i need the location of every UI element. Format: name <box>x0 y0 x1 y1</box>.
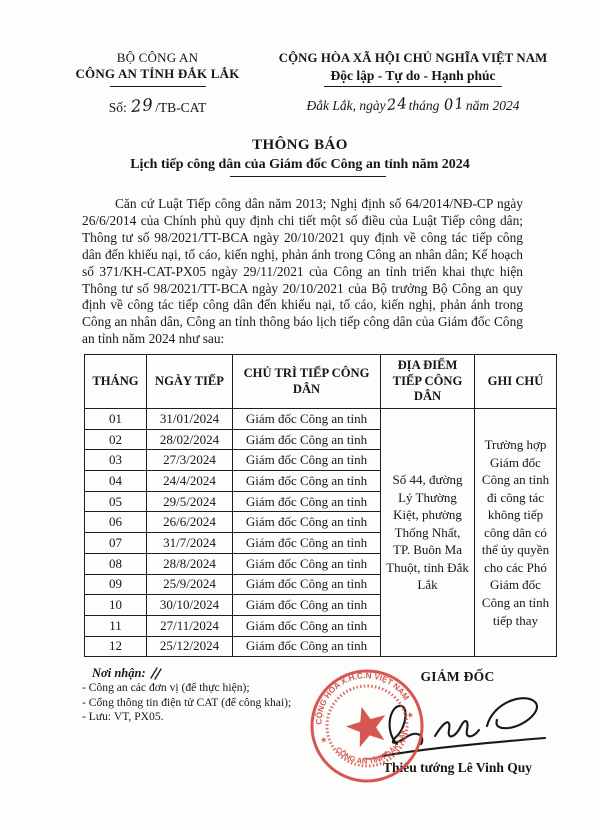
doc-number-label: Số: <box>109 100 127 115</box>
recipient-item: - Cổng thông tin điện tử CAT (để công kh… <box>82 696 291 711</box>
reception-schedule-table: THÁNG NGÀY TIẾP CHỦ TRÌ TIẾP CÔNG DÂN ĐỊ… <box>84 354 557 657</box>
table-cell: 27/3/2024 <box>147 450 233 471</box>
stamp-center-star <box>342 701 392 749</box>
pen-mark-icon <box>148 667 164 681</box>
table-cell: 03 <box>85 450 147 471</box>
table-cell: 24/4/2024 <box>147 471 233 492</box>
table-cell: Giám đốc Công an tỉnh <box>233 429 381 450</box>
recipients-block: Nơi nhận: - Công an các đơn vị (để thực … <box>82 666 291 725</box>
table-cell: 10 <box>85 595 147 616</box>
table-cell: 31/7/2024 <box>147 533 233 554</box>
date-prefix: Đắk Lắk, ngày <box>306 98 385 113</box>
note-cell: Trường hợp Giám đốc Công an tỉnh đi công… <box>475 409 557 657</box>
table-cell: 28/02/2024 <box>147 429 233 450</box>
table-cell: Giám đốc Công an tỉnh <box>233 491 381 512</box>
table-cell: 31/01/2024 <box>147 409 233 430</box>
table-cell: Giám đốc Công an tỉnh <box>233 574 381 595</box>
table-cell: 11 <box>85 615 147 636</box>
doc-number-suffix: /TB-CAT <box>155 100 206 115</box>
table-cell: 05 <box>85 491 147 512</box>
table-header-row: THÁNG NGÀY TIẾP CHỦ TRÌ TIẾP CÔNG DÂN ĐỊ… <box>85 355 557 409</box>
document-subject-title: Lịch tiếp công dân của Giám đốc Công an … <box>0 157 600 173</box>
date-day-handwritten: 24 <box>385 94 410 116</box>
reception-schedule-table-wrap: THÁNG NGÀY TIẾP CHỦ TRÌ TIẾP CÔNG DÂN ĐỊ… <box>84 354 557 657</box>
doc-number-handwritten: 29 <box>129 94 156 117</box>
table-cell: 25/9/2024 <box>147 574 233 595</box>
place-date-line: Đắk Lắk, ngày24tháng 01năm 2024 <box>268 96 558 116</box>
col-header-location: ĐỊA ĐIỂM TIẾP CÔNG DÂN <box>381 355 475 409</box>
document-type-title: THÔNG BÁO <box>0 137 600 154</box>
col-header-month: THÁNG <box>85 355 147 409</box>
table-cell: Giám đốc Công an tỉnh <box>233 512 381 533</box>
col-header-chair: CHỦ TRÌ TIẾP CÔNG DÂN <box>233 355 381 409</box>
legal-basis-paragraph: Căn cứ Luật Tiếp công dân năm 2013; Nghị… <box>82 196 523 348</box>
table-cell: Giám đốc Công an tỉnh <box>233 409 381 430</box>
table-cell: Giám đốc Công an tỉnh <box>233 595 381 616</box>
table-cell: 07 <box>85 533 147 554</box>
date-mid: tháng <box>409 98 440 113</box>
date-month-handwritten: 01 <box>442 94 467 116</box>
table-cell: 26/6/2024 <box>147 512 233 533</box>
date-suffix: năm 2024 <box>466 98 520 113</box>
table-cell: 12 <box>85 636 147 657</box>
document-number: Số: 29/TB-CAT <box>55 97 260 118</box>
schedule-table-body: 0131/01/2024Giám đốc Công an tỉnhSố 44, … <box>85 409 557 657</box>
table-cell: 06 <box>85 512 147 533</box>
title-underline <box>230 176 386 177</box>
republic-title: CỘNG HÒA XÃ HỘI CHỦ NGHĨA VIỆT NAM <box>268 50 558 67</box>
document-title-block: THÔNG BÁO Lịch tiếp công dân của Giám đố… <box>0 137 600 177</box>
table-cell: 30/10/2024 <box>147 595 233 616</box>
stamp-star-right: ★ <box>406 710 415 721</box>
table-cell: 09 <box>85 574 147 595</box>
table-cell: 28/8/2024 <box>147 553 233 574</box>
col-header-date: NGÀY TIẾP <box>147 355 233 409</box>
col-header-note: GHI CHÚ <box>475 355 557 409</box>
motto: Độc lập - Tự do - Hạnh phúc <box>268 67 558 85</box>
table-cell: 29/5/2024 <box>147 491 233 512</box>
motto-underline <box>324 86 502 87</box>
national-motto-block: CỘNG HÒA XÃ HỘI CHỦ NGHĨA VIỆT NAM Độc l… <box>268 50 558 116</box>
table-cell: Giám đốc Công an tỉnh <box>233 471 381 492</box>
stamp-top-text: CỘNG HÒA X.H.C.N VIỆT NAM <box>307 664 412 727</box>
agency-underline <box>110 86 206 87</box>
table-cell: 01 <box>85 409 147 430</box>
recipient-item: - Lưu: VT, PX05. <box>82 710 291 725</box>
table-cell: 27/11/2024 <box>147 615 233 636</box>
table-cell: 02 <box>85 429 147 450</box>
ministry-name: BỘ CÔNG AN <box>55 50 260 66</box>
document-page: BỘ CÔNG AN CÔNG AN TỈNH ĐẮK LẮK Số: 29/T… <box>0 0 600 830</box>
official-red-stamp: CỘNG HÒA X.H.C.N VIỆT NAM CÔNG AN TỈNH Đ… <box>307 664 427 788</box>
table-cell: 08 <box>85 553 147 574</box>
table-cell: Giám đốc Công an tỉnh <box>233 553 381 574</box>
recipients-label: Nơi nhận: <box>92 666 291 681</box>
table-cell: Giám đốc Công an tỉnh <box>233 615 381 636</box>
svg-text:CỘNG HÒA X.H.C.N VIỆT NAM: CỘNG HÒA X.H.C.N VIỆT NAM <box>307 664 412 727</box>
issuing-agency-block: BỘ CÔNG AN CÔNG AN TỈNH ĐẮK LẮK Số: 29/T… <box>55 50 260 117</box>
table-cell: 04 <box>85 471 147 492</box>
recipient-item: - Công an các đơn vị (để thực hiện); <box>82 681 291 696</box>
table-cell: Giám đốc Công an tỉnh <box>233 533 381 554</box>
agency-name: CÔNG AN TỈNH ĐẮK LẮK <box>55 66 260 82</box>
table-row: 0131/01/2024Giám đốc Công an tỉnhSố 44, … <box>85 409 557 430</box>
location-cell: Số 44, đường Lý Thường Kiệt, phường Thốn… <box>381 409 475 657</box>
table-cell: Giám đốc Công an tỉnh <box>233 450 381 471</box>
table-cell: 25/12/2024 <box>147 636 233 657</box>
table-cell: Giám đốc Công an tỉnh <box>233 636 381 657</box>
